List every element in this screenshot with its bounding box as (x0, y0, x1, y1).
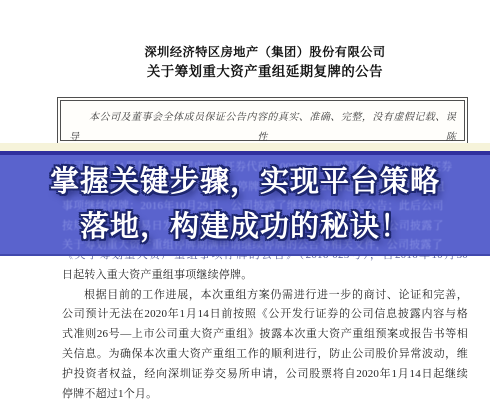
body-text-line: 停牌不超过1个月。 (62, 385, 468, 405)
promo-banner-line2: 落地，构建成功的秘诀！ (0, 204, 490, 249)
company-title: 深圳经济特区房地产（集团）股份有限公司 (62, 43, 468, 62)
body-text-line: 日起转入重大资产重组事项继续停牌。 (62, 266, 468, 286)
body-text-line: 公司预计无法在2020年1月14日前按照《公开发行证券的公司信息披露内容与格 (62, 305, 468, 325)
announcement-body: 《关于筹划重大资产重组事项停牌的公告》（2016-025号），自2016年10月… (62, 246, 468, 404)
announcement-subtitle: 关于筹划重大资产重组延期复牌的公告 (62, 62, 468, 82)
promo-banner-overlay[interactable]: 公司股票（A股简称：深深房A，证券代码：000029；B股简称：深深房B，证券代… (0, 151, 490, 256)
promo-banner-line1: 掌握关键步骤，实现平台策略 (0, 159, 490, 204)
body-text-line: 关信息。为确保本次重大资产重组工作的顺利进行，防止公司股价异常波动，维 (62, 345, 468, 365)
body-text-line: 式准则26号—上市公司重大资产重组》披露本次重大资产重组预案或报告书等相 (62, 325, 468, 345)
promo-banner-text: 掌握关键步骤，实现平台策略 落地，构建成功的秘诀！ (0, 155, 490, 249)
body-text-line: 根据目前的工作进展，本次重组方案仍需进行进一步的商讨、论证和完善， (62, 286, 468, 306)
disclaimer-box: 本公司及董事会全体成员保证公告内容的真实、准确、完整，没有虚假记载、误导性陈述或… (57, 97, 468, 144)
body-text-line: 护投资者权益，经向深圳证券交易所申请，公司股票将自2020年1月14日起继续 (62, 365, 468, 385)
announcement-header: 深圳经济特区房地产（集团）股份有限公司 关于筹划重大资产重组延期复牌的公告 (62, 43, 468, 82)
disclaimer-line: 本公司及董事会全体成员保证公告内容的真实、准确、完整，没有虚假记载、误导性陈 (69, 108, 456, 148)
divider-band (0, 143, 490, 151)
